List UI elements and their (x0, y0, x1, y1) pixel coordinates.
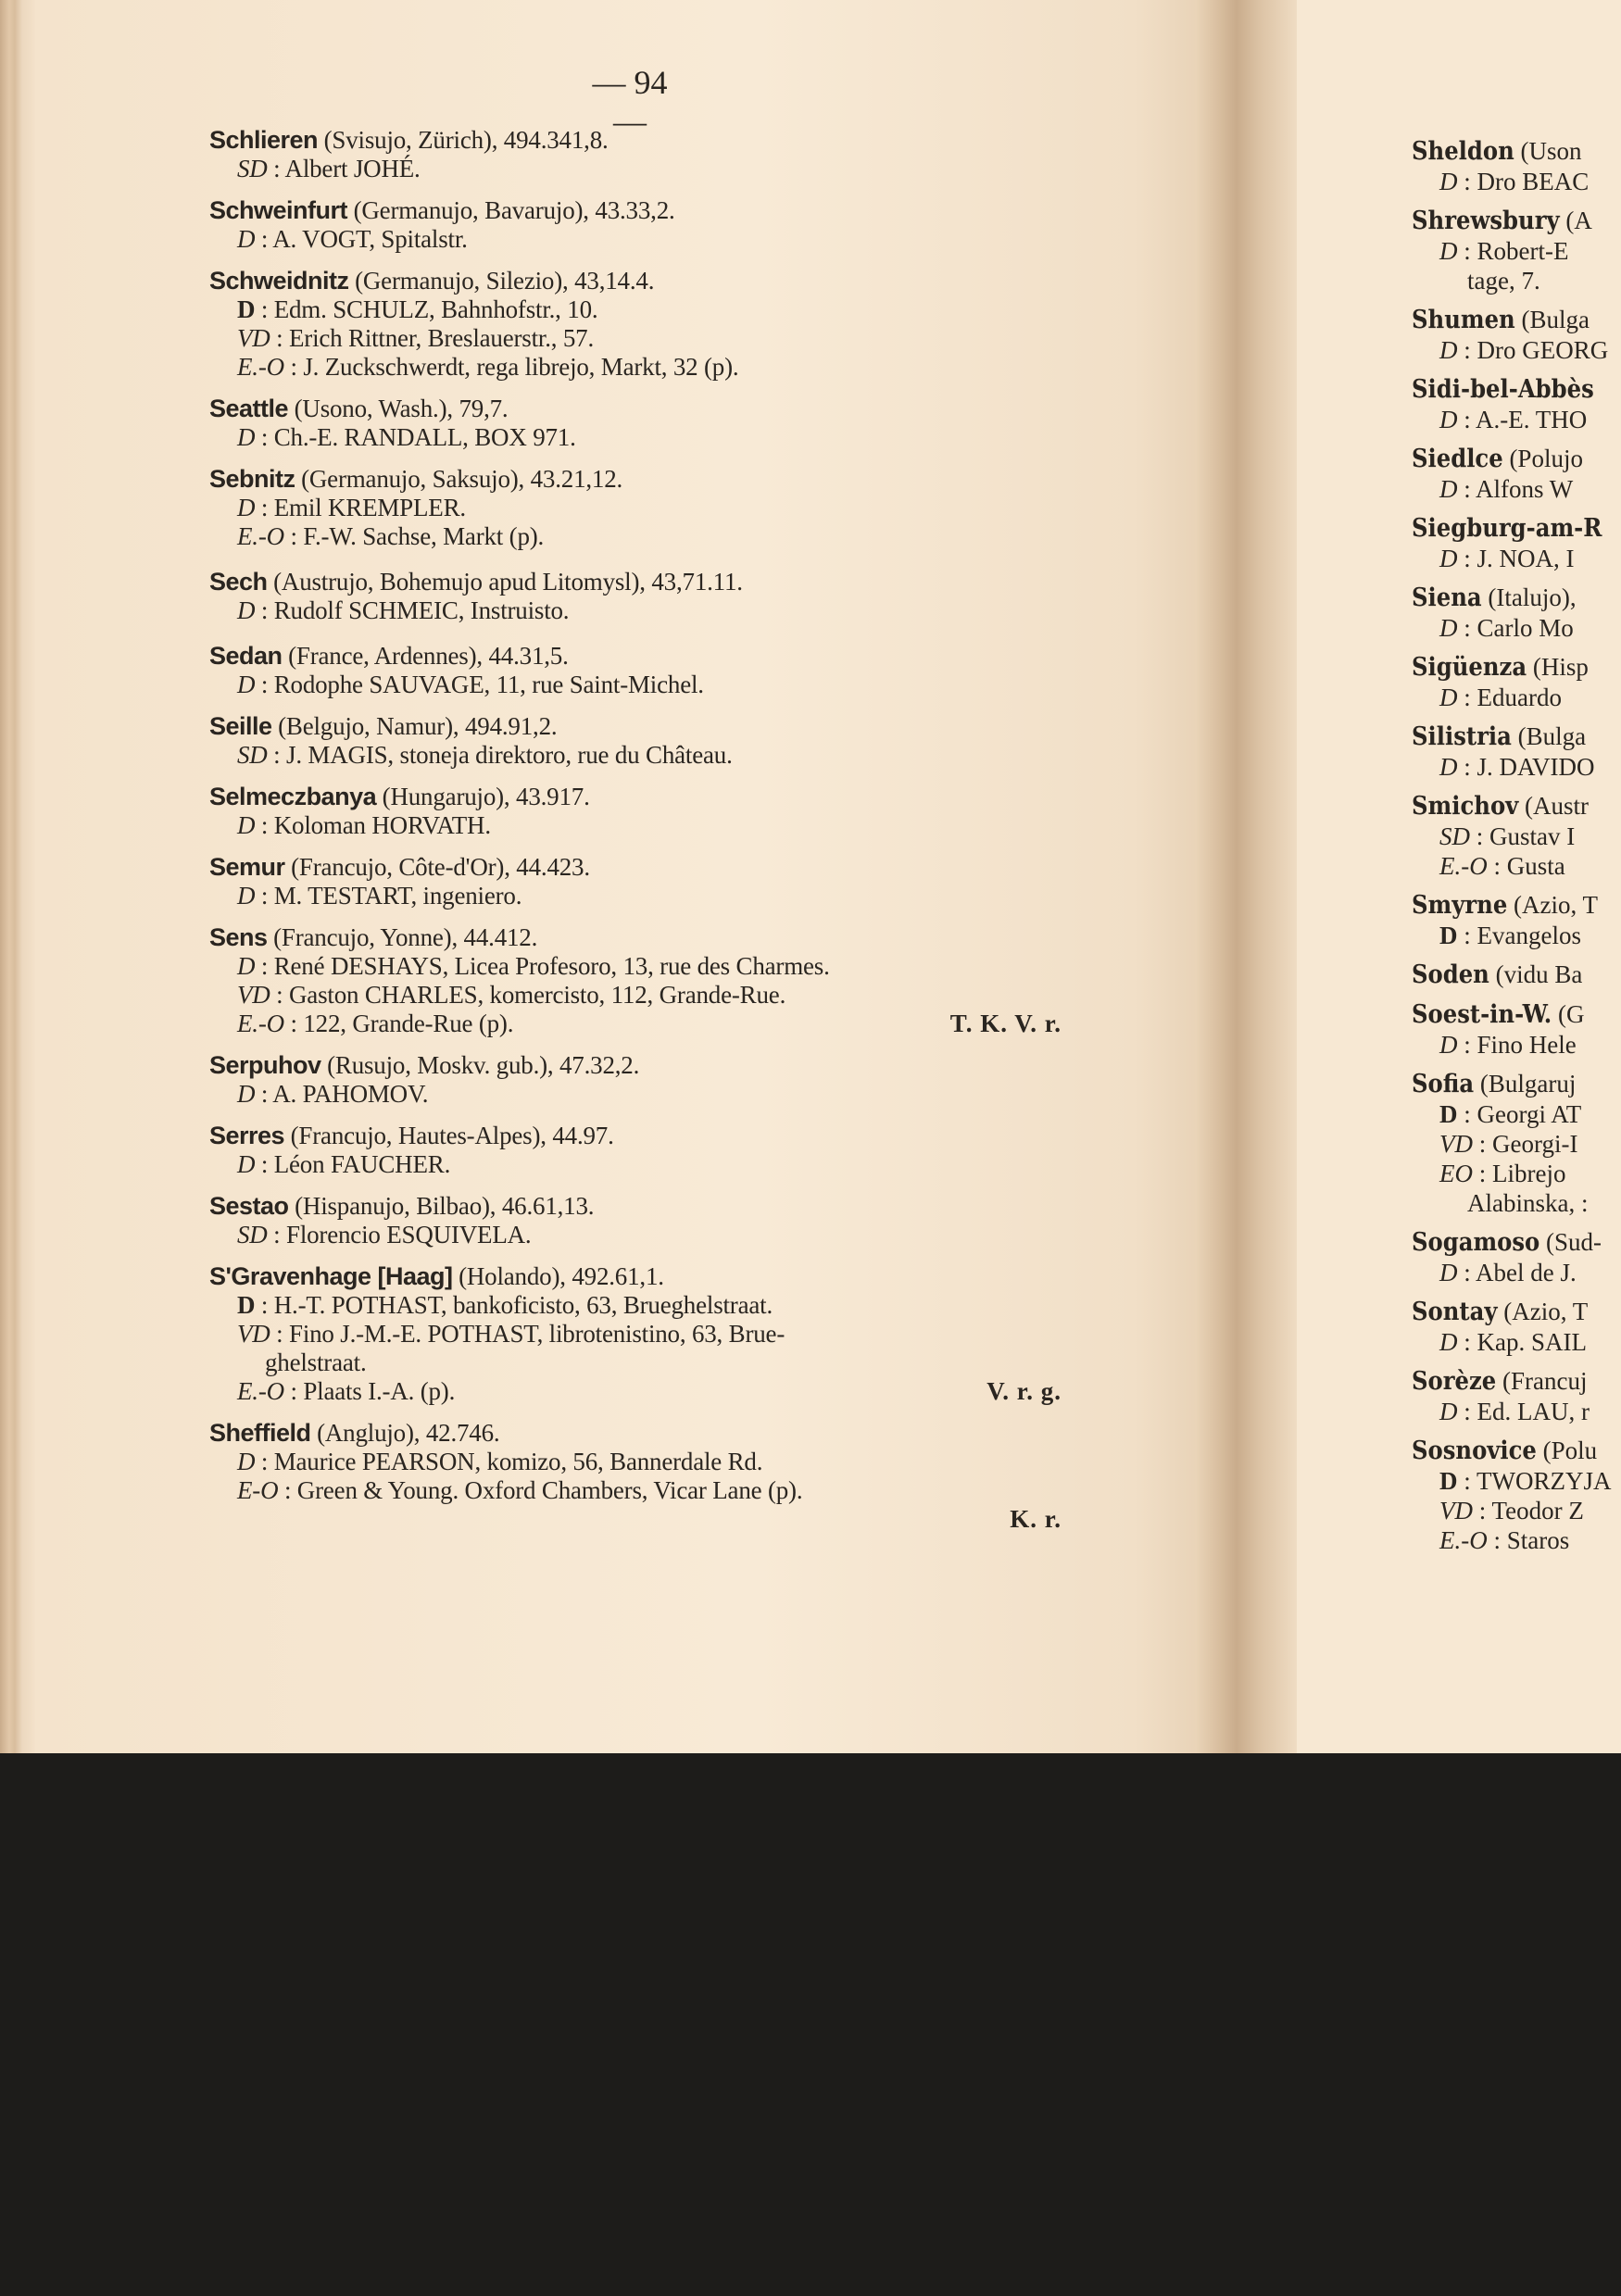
city-name: Sofia (1412, 1070, 1474, 1098)
city-details: (Uson (1521, 137, 1582, 165)
city-name: Siegburg-am-R (1412, 514, 1602, 543)
role-label: D (1439, 1398, 1458, 1425)
role-label: D (1439, 1328, 1458, 1356)
left-page-directory: Schlieren (Svisujo, Zürich), 494.341,8. … (209, 126, 1062, 1544)
role-label: D (1439, 1467, 1458, 1495)
city-details: (Germanujo, Silezio), 43,14.4. (355, 267, 654, 295)
directory-entry: S'Gravenhage [Haag] (Holando), 492.61,1.… (209, 1262, 1062, 1406)
contact-text: Staros (1507, 1526, 1570, 1554)
city-name: Sheldon (1412, 137, 1514, 166)
directory-entry: Sens (Francujo, Yonne), 44.412. D : René… (209, 923, 1062, 1038)
role-label: D (1439, 1031, 1458, 1059)
city-name: Siena (1412, 583, 1482, 612)
contact-text: Eduardo (1477, 684, 1562, 711)
city-details: (Francujo, Yonne), 44.412. (273, 923, 537, 951)
city-details: (Polu (1543, 1437, 1598, 1464)
role-label: D (237, 295, 255, 323)
contact-text: Plaats I.-A. (p). (303, 1377, 455, 1405)
right-page-directory: Sheldon (UsonD : Dro BEAC Shrewsbury (AD… (1412, 136, 1621, 1564)
contact-text: Erich Rittner, Breslauerstr., 57. (289, 324, 594, 352)
city-name: Smyrne (1412, 891, 1507, 920)
role-label: VD (237, 324, 270, 352)
role-label: E.-O (237, 1377, 284, 1405)
city-details: (vidu Ba (1496, 960, 1583, 988)
contact-text: Fino J.-M.-E. POTHAST, librotenistino, 6… (289, 1320, 785, 1348)
role-label: D (1439, 168, 1458, 195)
city-details: (Francujo, Côte-d'Or), 44.423. (291, 853, 590, 881)
city-details: (Bulgaruj (1480, 1070, 1576, 1098)
city-details: (G (1558, 1000, 1585, 1028)
directory-entry: Schweidnitz (Germanujo, Silezio), 43,14.… (209, 267, 1062, 382)
contact-text: TWORZYJA (1476, 1467, 1611, 1495)
contact-text: Robert-E (1477, 237, 1569, 265)
role-label: D (237, 952, 255, 980)
contact-text: H.-T. POTHAST, bankoficisto, 63, Brueghe… (274, 1291, 773, 1319)
role-label: SD (237, 1221, 268, 1248)
contact-text: A. PAHOMOV. (272, 1080, 428, 1108)
city-details: (Rusujo, Moskv. gub.), 47.32,2. (327, 1051, 639, 1079)
directory-entry: Sheffield (Anglujo), 42.746. D : Maurice… (209, 1419, 1062, 1531)
role-label: E.-O (1439, 1526, 1488, 1554)
city-name: Sech (209, 568, 268, 596)
directory-entry: Semur (Francujo, Côte-d'Or), 44.423. D :… (209, 853, 1062, 910)
city-details: (Usono, Wash.), 79,7. (295, 395, 509, 422)
contact-text: Dro BEAC (1477, 168, 1590, 195)
contact-text: Gaston CHARLES, komercisto, 112, Grande-… (289, 981, 785, 1009)
city-name: Sogamoso (1412, 1228, 1539, 1257)
city-name: Siedlce (1412, 445, 1503, 473)
directory-entry: Sosnovice (PoluD : TWORZYJAVD : Teodor Z… (1412, 1436, 1621, 1555)
city-name: Schweinfurt (209, 196, 347, 224)
scanner-background (0, 1753, 1621, 2296)
city-details: (Austrujo, Bohemujo apud Litomysl), 43,7… (273, 568, 743, 596)
city-details: (Austr (1525, 792, 1589, 820)
role-label: D (237, 1080, 255, 1108)
contact-text: Gustav I (1489, 822, 1575, 850)
city-name: Serres (209, 1122, 284, 1149)
city-name: Sigüenza (1412, 653, 1527, 682)
contact-text: A.-E. THO (1476, 406, 1587, 433)
city-name: Sens (209, 923, 268, 951)
role-label: E.-O (237, 1010, 284, 1037)
role-label: D (1439, 475, 1458, 503)
directory-entry: Serpuhov (Rusujo, Moskv. gub.), 47.32,2.… (209, 1051, 1062, 1109)
directory-entry: Smyrne (Azio, TD : Evangelos (1412, 890, 1621, 950)
contact-text: Evangelos (1477, 922, 1581, 949)
directory-entry: Sebnitz (Germanujo, Saksujo), 43.21,12. … (209, 465, 1062, 551)
contact-text: A. VOGT, Spitalstr. (272, 225, 467, 253)
contact-text: Albert JOHÉ. (285, 155, 421, 182)
directory-entry: Soest-in-W. (GD : Fino Hele (1412, 999, 1621, 1060)
role-label: D (1439, 406, 1458, 433)
city-details: (Hispanujo, Bilbao), 46.61,13. (295, 1192, 594, 1220)
directory-entry: Sedan (France, Ardennes), 44.31,5. D : R… (209, 642, 1062, 699)
city-details: (Belgujo, Namur), 494.91,2. (278, 712, 557, 740)
role-label: E-O (237, 1476, 278, 1504)
directory-entry: Sontay (Azio, TD : Kap. SAIL (1412, 1297, 1621, 1357)
city-details: (Germanujo, Saksujo), 43.21,12. (301, 465, 622, 493)
city-name: Schweidnitz (209, 267, 349, 295)
contact-text: Léon FAUCHER. (274, 1150, 450, 1178)
role-label: D (237, 1291, 255, 1319)
directory-entry: Smichov (AustrSD : Gustav IE.-O : Gusta (1412, 791, 1621, 881)
contact-text: Koloman HORVATH. (274, 811, 491, 839)
role-label: D (1439, 1100, 1458, 1128)
contact-text: J. Zuckschwerdt, rega librejo, Markt, 32… (303, 353, 738, 381)
city-name: Shumen (1412, 306, 1515, 334)
directory-entry: Sofia (BulgarujD : Georgi ATVD : Georgi-… (1412, 1069, 1621, 1218)
page-stack-edge (0, 0, 35, 1753)
contact-text: Teodor Z (1492, 1497, 1584, 1524)
city-name: Sestao (209, 1192, 289, 1220)
contact-text: Ed. LAU, r (1477, 1398, 1590, 1425)
role-label: SD (237, 741, 268, 769)
city-details: (Bulga (1521, 306, 1590, 333)
city-name: Seattle (209, 395, 288, 422)
contact-text: Emil KREMPLER. (274, 494, 466, 521)
contact-text: Gusta (1507, 852, 1565, 880)
city-details: (Italujo), (1488, 583, 1576, 611)
contact-text-continuation: tage, 7. (1412, 266, 1621, 295)
directory-entry: Shumen (BulgaD : Dro GEORG (1412, 305, 1621, 365)
city-details: (Azio, T (1514, 891, 1598, 919)
role-label: VD (237, 981, 270, 1009)
contact-text: Fino Hele (1477, 1031, 1577, 1059)
directory-entry: Seille (Belgujo, Namur), 494.91,2. SD : … (209, 712, 1062, 770)
city-details: (Holando), 492.61,1. (459, 1262, 664, 1290)
role-label: SD (237, 155, 268, 182)
directory-entry: Sidi-bel-AbbèsD : A.-E. THO (1412, 374, 1621, 434)
role-label: D (237, 423, 255, 451)
contact-text: Maurice PEARSON, komizo, 56, Bannerdale … (274, 1448, 763, 1475)
contact-text: Green & Young. Oxford Chambers, Vicar La… (297, 1476, 803, 1504)
city-name: Serpuhov (209, 1051, 321, 1079)
city-name: Sebnitz (209, 465, 295, 493)
directory-entry: Sogamoso (Sud-D : Abel de J. (1412, 1227, 1621, 1287)
city-details: (Anglujo), 42.746. (317, 1419, 499, 1447)
city-details: (Azio, T (1503, 1298, 1588, 1325)
contact-text: Georgi AT (1477, 1100, 1582, 1128)
role-label: D (237, 494, 255, 521)
city-name: Sidi-bel-Abbès (1412, 375, 1594, 404)
contact-text: Alfons W (1476, 475, 1573, 503)
role-label: D (237, 225, 255, 253)
directory-entry: Sech (Austrujo, Bohemujo apud Litomysl),… (209, 568, 1062, 625)
city-name: Selmeczbanya (209, 783, 376, 810)
contact-text-continuation: Alabinska, : (1412, 1188, 1621, 1218)
role-label: D (237, 811, 255, 839)
contact-text: J. MAGIS, stoneja direktoro, rue du Chât… (286, 741, 733, 769)
city-details: (France, Ardennes), 44.31,5. (288, 642, 569, 670)
contact-text: Georgi-I (1492, 1130, 1577, 1158)
city-details: (Sud- (1546, 1228, 1602, 1256)
role-label: E.-O (237, 353, 284, 381)
role-label: D (1439, 1259, 1458, 1286)
city-details: (Hisp (1533, 653, 1589, 681)
city-name: Seille (209, 712, 272, 740)
role-label: D (237, 882, 255, 910)
contact-text: F.-W. Sachse, Markt (p). (303, 522, 544, 550)
contact-text-continuation: ghelstraat. (209, 1349, 1062, 1377)
city-name: Semur (209, 853, 285, 881)
role-label: VD (237, 1320, 270, 1348)
role-label: D (1439, 614, 1458, 642)
contact-text: Carlo Mo (1477, 614, 1574, 642)
city-details: (A (1565, 207, 1592, 234)
contact-text: Ch.-E. RANDALL, BOX 971. (274, 423, 576, 451)
directory-entry: Siegburg-am-RD : J. NOA, I (1412, 513, 1621, 573)
directory-entry: Silistria (BulgaD : J. DAVIDO (1412, 721, 1621, 782)
contact-text: Edm. SCHULZ, Bahnhofstr., 10. (274, 295, 598, 323)
contact-text: 122, Grande-Rue (p). (303, 1010, 513, 1037)
directory-entry: Seattle (Usono, Wash.), 79,7. D : Ch.-E.… (209, 395, 1062, 452)
contact-text: Dro GEORG (1477, 336, 1609, 364)
membership-sigil: T. K. V. r. (950, 1010, 1062, 1038)
city-name: Sontay (1412, 1298, 1498, 1326)
membership-sigil: V. r. g. (986, 1377, 1062, 1406)
directory-entry: Selmeczbanya (Hungarujo), 43.917. D : Ko… (209, 783, 1062, 840)
book-spread: — 94 — Schlieren (Svisujo, Zürich), 494.… (0, 0, 1621, 1753)
directory-entry: Sheldon (UsonD : Dro BEAC (1412, 136, 1621, 196)
city-name: Schlieren (209, 126, 318, 154)
role-label: D (1439, 237, 1458, 265)
city-name: Sosnovice (1412, 1437, 1537, 1465)
contact-text: J. NOA, I (1477, 545, 1575, 572)
role-label: VD (1439, 1497, 1473, 1524)
role-label: D (1439, 336, 1458, 364)
city-name: Sedan (209, 642, 283, 670)
contact-text: Abel de J. (1476, 1259, 1577, 1286)
city-details: (Francuj (1502, 1367, 1587, 1395)
directory-entry: Schlieren (Svisujo, Zürich), 494.341,8. … (209, 126, 1062, 183)
city-name: Sorèze (1412, 1367, 1496, 1396)
city-details: (Polujo (1509, 445, 1583, 472)
city-details: (Francujo, Hautes-Alpes), 44.97. (291, 1122, 614, 1149)
role-label: D (237, 671, 255, 698)
directory-entry: Serres (Francujo, Hautes-Alpes), 44.97. … (209, 1122, 1062, 1179)
membership-sigil: K. r. (1010, 1505, 1062, 1534)
contact-text: M. TESTART, ingeniero. (274, 882, 522, 910)
directory-entry: Sigüenza (HispD : Eduardo (1412, 652, 1621, 712)
role-label: D (237, 1448, 255, 1475)
directory-entry: Siena (Italujo),D : Carlo Mo (1412, 583, 1621, 643)
city-name: Silistria (1412, 722, 1512, 751)
directory-entry: Sestao (Hispanujo, Bilbao), 46.61,13. SD… (209, 1192, 1062, 1249)
role-label: D (1439, 684, 1458, 711)
directory-entry: Shrewsbury (AD : Robert-Etage, 7. (1412, 206, 1621, 295)
contact-text: Rudolf SCHMEIC, Instruisto. (274, 596, 570, 624)
city-details: (Hungarujo), 43.917. (383, 783, 590, 810)
role-label: EO (1439, 1160, 1473, 1187)
role-label: SD (1439, 822, 1470, 850)
city-details: (Svisujo, Zürich), 494.341,8. (324, 126, 609, 154)
directory-entry: Sorèze (FrancujD : Ed. LAU, r (1412, 1366, 1621, 1426)
city-name: Shrewsbury (1412, 207, 1560, 235)
directory-entry: Schweinfurt (Germanujo, Bavarujo), 43.33… (209, 196, 1062, 254)
contact-text: J. DAVIDO (1477, 753, 1595, 781)
book-gutter (1195, 0, 1297, 1753)
role-label: D (237, 1150, 255, 1178)
contact-text: Librejo (1492, 1160, 1565, 1187)
city-name: Soest-in-W. (1412, 1000, 1552, 1029)
city-details: (Germanujo, Bavarujo), 43.33,2. (354, 196, 675, 224)
city-name: S'Gravenhage [Haag] (209, 1262, 453, 1290)
role-label: D (1439, 753, 1458, 781)
contact-text: René DESHAYS, Licea Profesoro, 13, rue d… (274, 952, 830, 980)
contact-text: Florencio ESQUIVELA. (286, 1221, 531, 1248)
contact-text: Kap. SAIL (1477, 1328, 1587, 1356)
city-name: Soden (1412, 960, 1489, 989)
role-label: VD (1439, 1130, 1473, 1158)
role-label: D (237, 596, 255, 624)
directory-entry: Soden (vidu Ba (1412, 960, 1621, 990)
city-details: (Bulga (1518, 722, 1587, 750)
city-name: Smichov (1412, 792, 1518, 821)
role-label: D (1439, 922, 1458, 949)
role-label: D (1439, 545, 1458, 572)
role-label: E.-O (1439, 852, 1488, 880)
city-name: Sheffield (209, 1419, 311, 1447)
directory-entry: Siedlce (PolujoD : Alfons W (1412, 444, 1621, 504)
contact-text: Rodophe SAUVAGE, 11, rue Saint-Michel. (274, 671, 704, 698)
role-label: E.-O (237, 522, 284, 550)
